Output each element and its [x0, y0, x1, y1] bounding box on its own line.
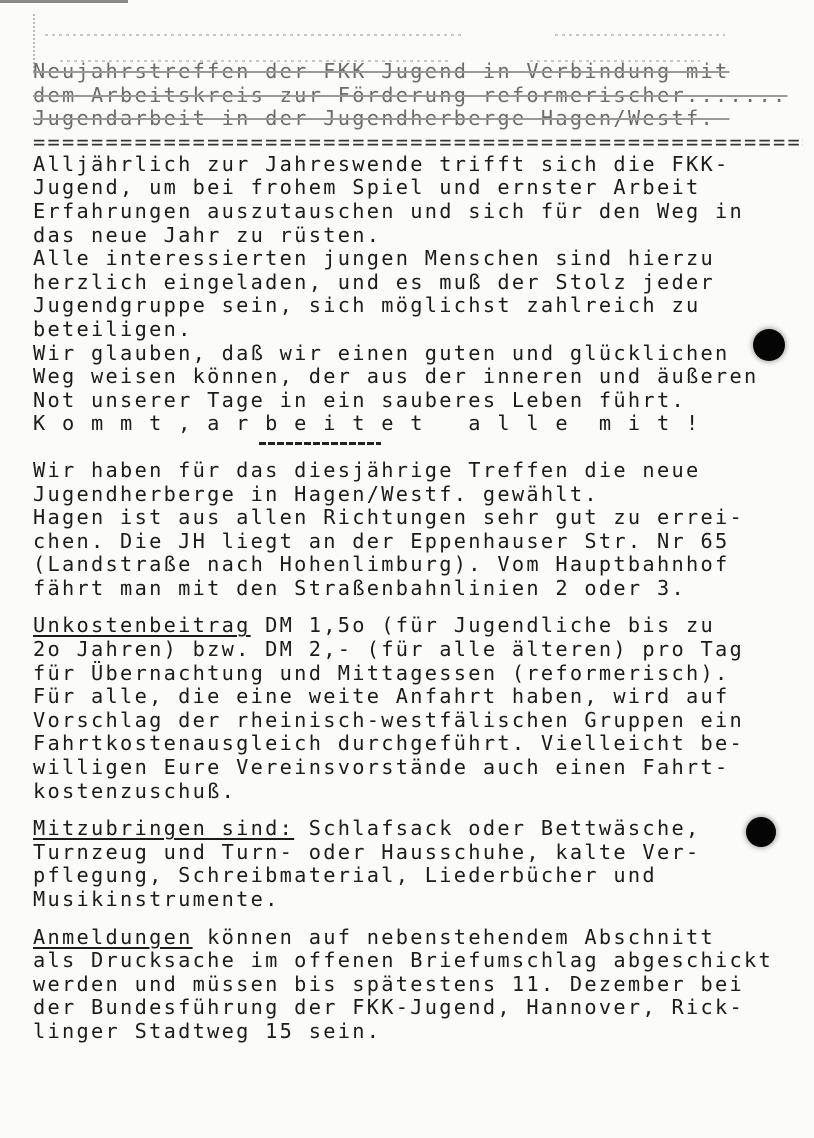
- faded-typing-line: [555, 34, 725, 36]
- text-line: für Übernachtung und Mittagessen (reform…: [33, 662, 803, 686]
- heading-line: Neujahrstreffen der FKK-Jugend in Verbin…: [33, 60, 803, 84]
- text-line: Alljährlich zur Jahreswende trifft sich …: [33, 153, 803, 177]
- text-line: Jugend, um bei frohem Spiel und ernster …: [33, 176, 803, 200]
- text-line: als Drucksache im offenen Briefumschlag …: [33, 949, 803, 973]
- text-line: Hagen ist aus allen Richtungen sehr gut …: [33, 506, 803, 530]
- text-line: beteiligen.: [33, 318, 803, 342]
- faded-typing-line: [45, 34, 465, 36]
- typed-document: Neujahrstreffen der FKK-Jugend in Verbin…: [33, 60, 803, 1044]
- location-paragraph: Wir haben für das diesjährige Treffen di…: [33, 459, 803, 601]
- costs-paragraph: Unkostenbeitrag DM 1,5o (für Jugendliche…: [33, 614, 803, 803]
- text-line: Alle interessierten jungen Menschen sind…: [33, 247, 803, 271]
- text-line: Jugendherberge in Hagen/Westf. gewählt.: [33, 483, 803, 507]
- text-line: Vorschlag der rheinisch-westfälischen Gr…: [33, 709, 803, 733]
- bring-along-paragraph: Mitzubringen sind: Schlafsack oder Bettw…: [33, 817, 803, 911]
- document-heading: Neujahrstreffen der FKK-Jugend in Verbin…: [33, 60, 803, 131]
- text-line: Erfahrungen auszutauschen und sich für d…: [33, 200, 803, 224]
- text-line: kostenzuschuß.: [33, 780, 803, 804]
- heading-line: Jugendarbeit in der Jugendherberge Hagen…: [33, 107, 803, 131]
- text-line: (Landstraße nach Hohenlimburg). Vom Haup…: [33, 553, 803, 577]
- text-line: der Bundesführung der FKK-Jugend, Hannov…: [33, 996, 803, 1020]
- costs-label: Unkostenbeitrag: [33, 613, 251, 637]
- text-line: Anmeldungen können auf nebenstehendem Ab…: [33, 926, 803, 950]
- text-line: Mitzubringen sind: Schlafsack oder Bettw…: [33, 817, 803, 841]
- registration-paragraph: Anmeldungen können auf nebenstehendem Ab…: [33, 926, 803, 1044]
- text-line: Für alle, die eine weite Anfahrt haben, …: [33, 685, 803, 709]
- text-line: Turnzeug und Turn- oder Hausschuhe, kalt…: [33, 841, 803, 865]
- text-line: das neue Jahr zu rüsten.: [33, 224, 803, 248]
- short-dashed-separator: [259, 442, 381, 445]
- text-line: Not unserer Tage in ein sauberes Leben f…: [33, 389, 803, 413]
- double-rule-separator: ========================================…: [33, 131, 803, 153]
- text-line: Wir haben für das diesjährige Treffen di…: [33, 459, 803, 483]
- text-line: Weg weisen können, der aus der inneren u…: [33, 365, 803, 389]
- text-line: Wir glauben, daß wir einen guten und glü…: [33, 342, 803, 366]
- text-line: fährt man mit den Straßenbahnlinien 2 od…: [33, 577, 803, 601]
- bring-along-label: Mitzubringen sind:: [33, 816, 294, 840]
- text-line: Jugendgruppe sein, sich möglichst zahlre…: [33, 294, 803, 318]
- text-line: werden und müssen bis spätestens 11. Dez…: [33, 973, 803, 997]
- belief-paragraph: Wir glauben, daß wir einen guten und glü…: [33, 342, 803, 436]
- heading-line: dem Arbeitskreis zur Förderung reformeri…: [33, 84, 803, 108]
- intro-paragraph: Alljährlich zur Jahreswende trifft sich …: [33, 153, 803, 247]
- text-line: herzlich eingeladen, und es muß der Stol…: [33, 271, 803, 295]
- registration-label: Anmeldungen: [33, 925, 193, 949]
- text-line: Musikinstrumente.: [33, 888, 803, 912]
- text-line: Fahrtkostenausgleich durchgeführt. Viell…: [33, 732, 803, 756]
- text-line: willigen Eure Vereinsvorstände auch eine…: [33, 756, 803, 780]
- text-line: 2o Jahren) bzw. DM 2,- (für alle älteren…: [33, 638, 803, 662]
- text-line: Unkostenbeitrag DM 1,5o (für Jugendliche…: [33, 614, 803, 638]
- call-to-action: K o m m t , a r b e i t e t a l l e m i …: [33, 412, 803, 436]
- scan-edge-bar: [0, 0, 128, 3]
- invitation-paragraph: Alle interessierten jungen Menschen sind…: [33, 247, 803, 341]
- text-line: chen. Die JH liegt an der Eppenhauser St…: [33, 530, 803, 554]
- text-line: pflegung, Schreibmaterial, Liederbücher …: [33, 864, 803, 888]
- text-line: linger Stadtweg 15 sein.: [33, 1020, 803, 1044]
